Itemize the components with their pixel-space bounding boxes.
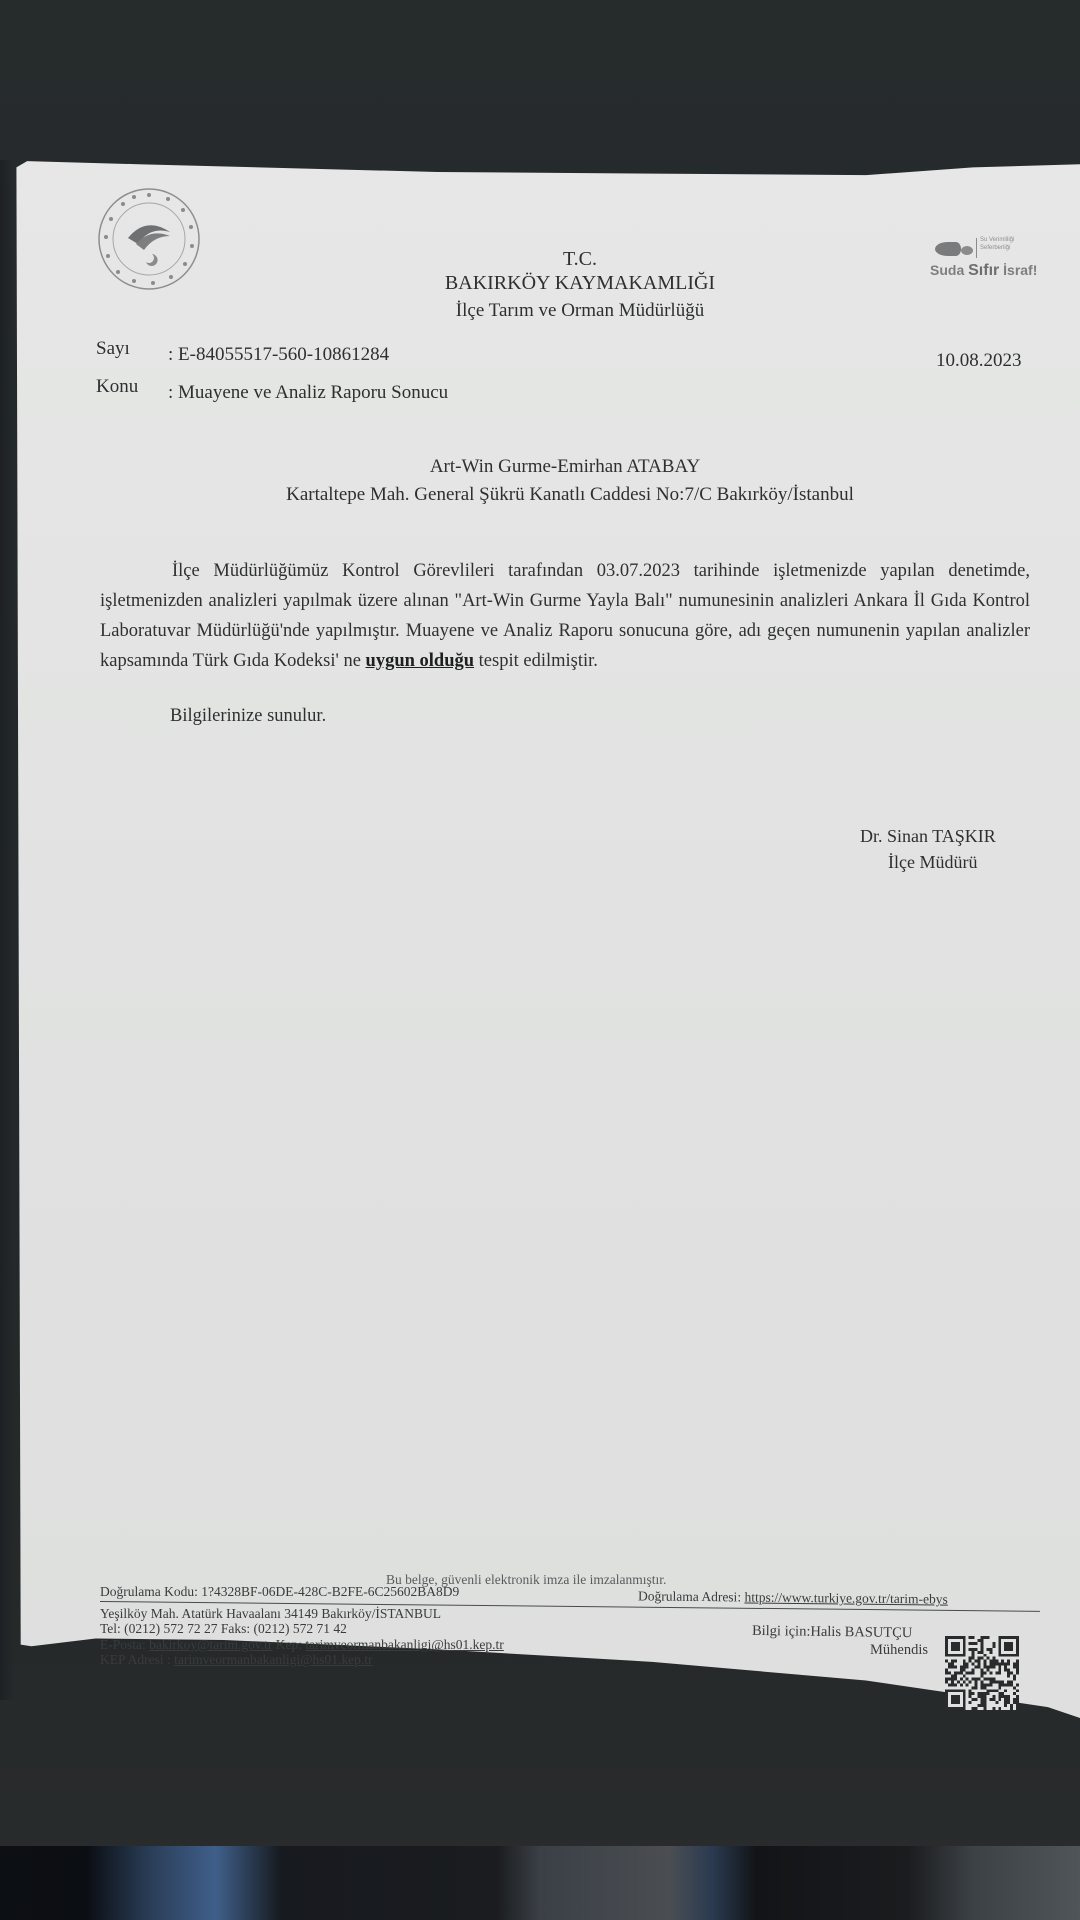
header-department: İlçe Tarım ve Orman Müdürlüğü	[380, 300, 780, 322]
kep-link[interactable]: tarimveormanbakanligi@hs01.kep.tr	[305, 1637, 503, 1652]
floor-background	[0, 1846, 1080, 1920]
verification-address-link[interactable]: https://www.turkiye.gov.tr/tarim-ebys	[744, 1589, 947, 1606]
document-date: 10.08.2023	[936, 350, 1022, 372]
sayi-label: Sayı	[96, 338, 130, 360]
signer-title: İlçe Müdürü	[888, 852, 977, 873]
logo-divider	[976, 238, 977, 258]
recipient-name: Art-Win Gurme-Emirhan ATABAY	[240, 456, 890, 478]
info-title: Mühendis	[870, 1642, 928, 1659]
footer-email: E-Posta: bakirkoy@tarim.gov.tr Kep: tari…	[100, 1637, 504, 1653]
body-paragraph: İlçe Müdürlüğümüz Kontrol Görevlileri ta…	[100, 556, 1030, 676]
verification-code: Doğrulama Kodu: 1?4328BF-06DE-428C-B2FE-…	[100, 1584, 459, 1600]
ministry-seal-icon	[96, 186, 202, 292]
slogan-big: Sıfır	[968, 262, 999, 279]
qr-code-icon[interactable]	[945, 1636, 1019, 1710]
header-tc: T.C.	[380, 248, 780, 271]
water-drop-logo-icon: Su Verimliliği Seferberliği Suda Sıfır İ…	[930, 236, 1050, 286]
brand-small-text: Su Verimliliği Seferberliği	[980, 236, 1014, 252]
body-text-end: tespit edilmiştir.	[474, 651, 598, 671]
brand-small-line1: Su Verimliliği	[980, 236, 1014, 244]
header-institution: BAKIRKÖY KAYMAKAMLIĞI	[380, 272, 780, 295]
closing-line: Bilgilerinize sunulur.	[170, 706, 326, 727]
konu-label: Konu	[96, 376, 138, 398]
verification-address: Doğrulama Adresi: https://www.turkiye.go…	[638, 1588, 948, 1607]
verification-code-value: 1?4328BF-06DE-428C-B2FE-6C25602BA8D9	[201, 1584, 459, 1599]
recipient-address: Kartaltepe Mah. General Şükrü Kanatlı Ca…	[210, 484, 930, 506]
signer-name: Dr. Sinan TAŞKIR	[860, 826, 996, 847]
brand-slogan: Suda Sıfır İsraf!	[930, 262, 1037, 280]
email-label: E-Posta:	[100, 1637, 146, 1652]
email-link[interactable]: bakirkoy@tarim.gov.tr	[149, 1637, 272, 1652]
body-emphasis: uygun olduğu	[366, 651, 475, 671]
footer-address: Yeşilköy Mah. Atatürk Havaalanı 34149 Ba…	[100, 1606, 441, 1622]
konu-value: : Muayene ve Analiz Raporu Sonucu	[168, 382, 448, 404]
slogan-post: İsraf!	[999, 262, 1037, 278]
footer-phone: Tel: (0212) 572 72 27 Faks: (0212) 572 7…	[100, 1621, 347, 1637]
brand-small-line2: Seferberliği	[980, 244, 1014, 252]
footer-kep-address: KEP Adresi : tarimveormanbakanligi@hs01.…	[100, 1652, 373, 1668]
drop-shape-small	[961, 246, 973, 255]
info-contact: Bilgi için:Halis BASUTÇU	[752, 1623, 913, 1642]
sayi-value: : E-84055517-560-10861284	[168, 344, 389, 366]
paper-shadow	[0, 160, 14, 1700]
verification-address-label: Doğrulama Adresi:	[638, 1588, 741, 1604]
kep-address-label: KEP Adresi :	[100, 1652, 171, 1667]
kep-label: Kep:	[276, 1637, 302, 1652]
drop-shape-large	[935, 242, 961, 256]
verification-code-label: Doğrulama Kodu:	[100, 1584, 198, 1599]
slogan-pre: Suda	[930, 262, 968, 278]
kep-address-link[interactable]: tarimveormanbakanligi@hs01.kep.tr	[174, 1652, 372, 1667]
